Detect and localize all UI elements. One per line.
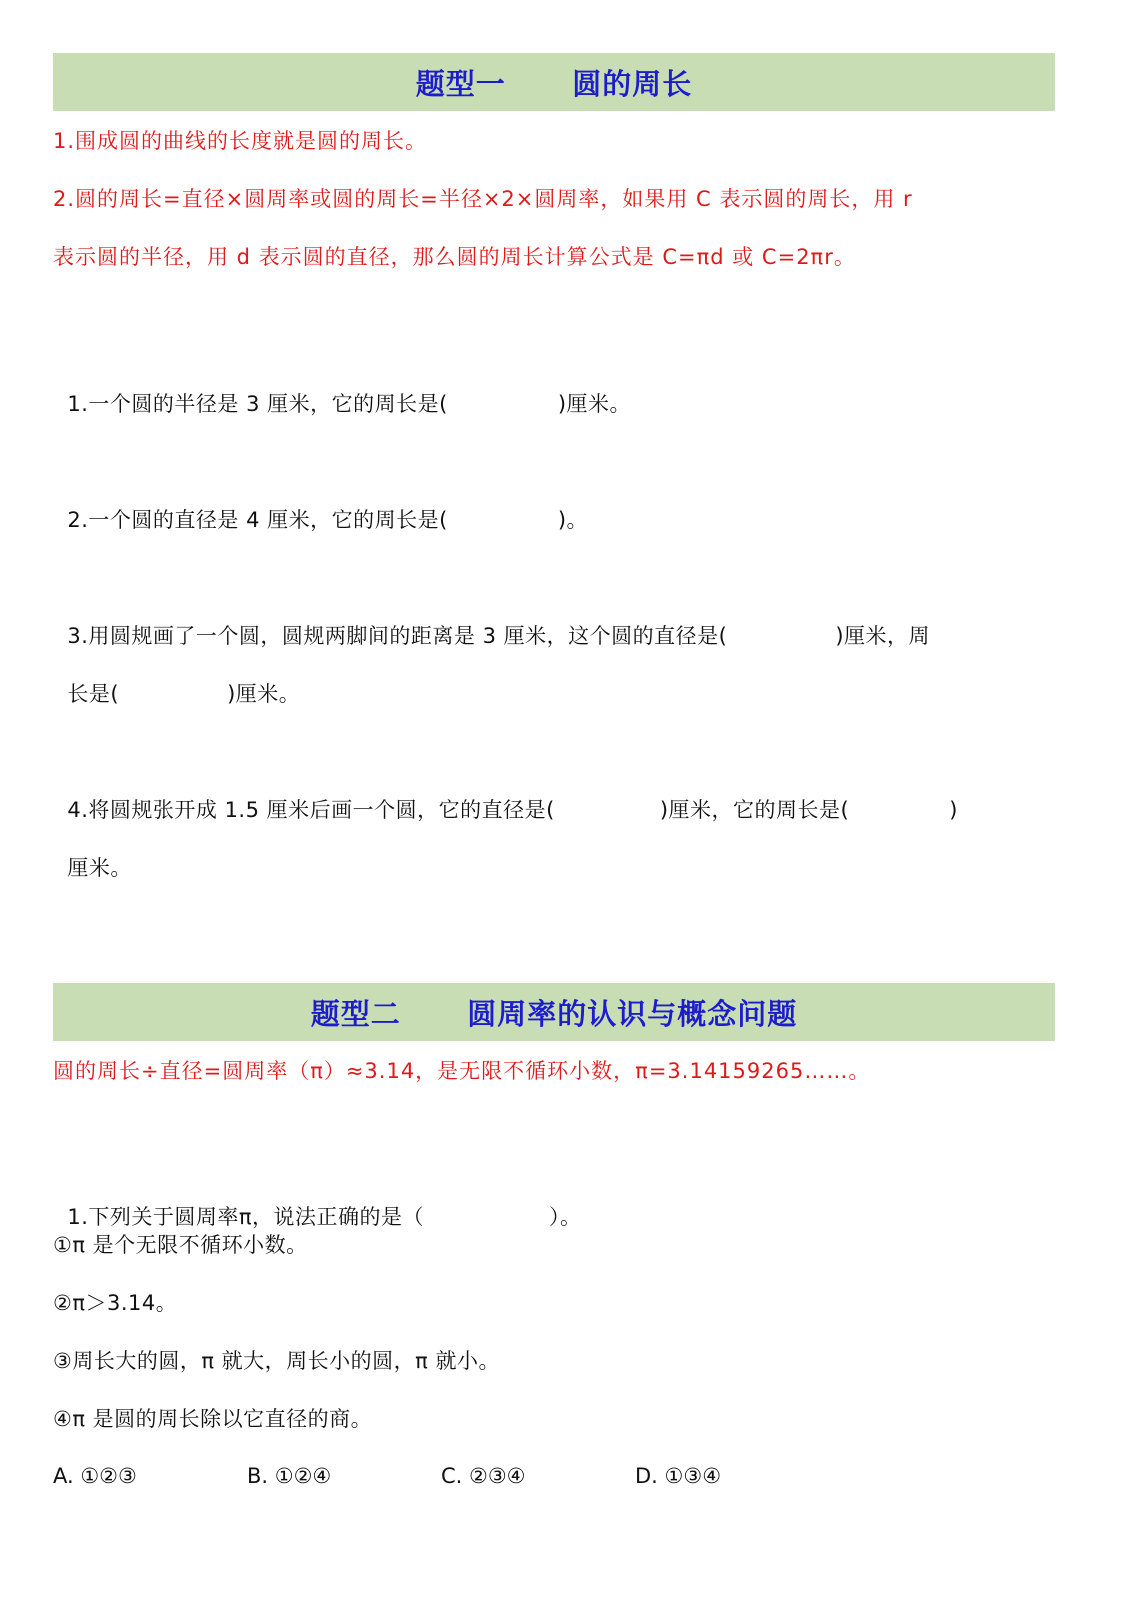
question-3-end: )厘米。 bbox=[227, 682, 300, 706]
question-2-text: 2.一个圆的直径是 4 厘米，它的周长是( bbox=[67, 508, 447, 532]
question-1: 1.一个圆的半径是 3 厘米，它的周长是()厘米。 bbox=[53, 359, 631, 419]
mc-question-text: 1.下列关于圆周率π，说法正确的是（ bbox=[67, 1205, 424, 1229]
question-4-middle: )厘米，它的周长是( bbox=[660, 798, 849, 822]
option-a[interactable]: A. ①②③ bbox=[53, 1461, 247, 1491]
question-4-close: ) bbox=[949, 798, 958, 822]
section-2-note: 圆的周长÷直径=圆周率（π）≈3.14，是无限不循环小数，π=3.1415926… bbox=[53, 1056, 870, 1086]
answer-options: A. ①②③ B. ①②④ C. ②③④ D. ①③④ bbox=[53, 1461, 829, 1491]
option-c-label: C. bbox=[441, 1464, 462, 1488]
question-3-line-1: 3.用圆规画了一个圆，圆规两脚间的距离是 3 厘米，这个圆的直径是()厘米，周 bbox=[53, 591, 930, 651]
question-2: 2.一个圆的直径是 4 厘米，它的周长是()。 bbox=[53, 475, 588, 535]
option-d[interactable]: D. ①③④ bbox=[635, 1461, 829, 1491]
option-c[interactable]: C. ②③④ bbox=[441, 1461, 635, 1491]
statement-3: ③周长大的圆，π 就大，周长小的圆，π 就小。 bbox=[53, 1346, 500, 1376]
question-3-suffix: )厘米，周 bbox=[835, 624, 930, 648]
note-line-3: 表示圆的半径，用 d 表示圆的直径，那么圆的周长计算公式是 C=πd 或 C=2… bbox=[53, 242, 856, 272]
section-2-title: 题型二 圆周率的认识与概念问题 bbox=[311, 992, 798, 1033]
option-d-label: D. bbox=[635, 1464, 658, 1488]
question-1-suffix: )厘米。 bbox=[558, 392, 631, 416]
option-b-value: ①②④ bbox=[275, 1464, 331, 1488]
section-1-banner: 题型一 圆的周长 bbox=[53, 53, 1055, 111]
option-a-value: ①②③ bbox=[80, 1464, 136, 1488]
question-3-text: 3.用圆规画了一个圆，圆规两脚间的距离是 3 厘米，这个圆的直径是( bbox=[67, 624, 727, 648]
question-4-line-1: 4.将圆规张开成 1.5 厘米后画一个圆，它的直径是()厘米，它的周长是() bbox=[53, 765, 958, 825]
question-3-line-2: 长是()厘米。 bbox=[53, 649, 300, 709]
question-3-continued: 长是( bbox=[67, 682, 119, 706]
mc-question-stem: 1.下列关于圆周率π，说法正确的是（）。 bbox=[53, 1172, 582, 1232]
question-2-suffix: )。 bbox=[558, 508, 588, 532]
question-4-end: 厘米。 bbox=[67, 856, 132, 880]
mc-question-close: ）。 bbox=[549, 1205, 582, 1229]
statement-1: ①π 是个无限不循环小数。 bbox=[53, 1230, 308, 1260]
option-c-value: ②③④ bbox=[469, 1464, 525, 1488]
option-d-value: ①③④ bbox=[665, 1464, 721, 1488]
question-4-text: 4.将圆规张开成 1.5 厘米后画一个圆，它的直径是( bbox=[67, 798, 554, 822]
option-a-label: A. bbox=[53, 1464, 74, 1488]
section-2-banner: 题型二 圆周率的认识与概念问题 bbox=[53, 983, 1055, 1041]
question-1-text: 1.一个圆的半径是 3 厘米，它的周长是( bbox=[67, 392, 447, 416]
option-b[interactable]: B. ①②④ bbox=[247, 1461, 441, 1491]
question-4-line-2: 厘米。 bbox=[53, 823, 132, 883]
section-1-title: 题型一 圆的周长 bbox=[416, 62, 693, 103]
statement-4: ④π 是圆的周长除以它直径的商。 bbox=[53, 1404, 372, 1434]
statement-2: ②π＞3.14。 bbox=[53, 1288, 177, 1318]
note-line-2: 2.圆的周长=直径×圆周率或圆的周长=半径×2×圆周率，如果用 C 表示圆的周长… bbox=[53, 184, 913, 214]
option-b-label: B. bbox=[247, 1464, 268, 1488]
note-line-1: 1.围成圆的曲线的长度就是圆的周长。 bbox=[53, 126, 427, 156]
